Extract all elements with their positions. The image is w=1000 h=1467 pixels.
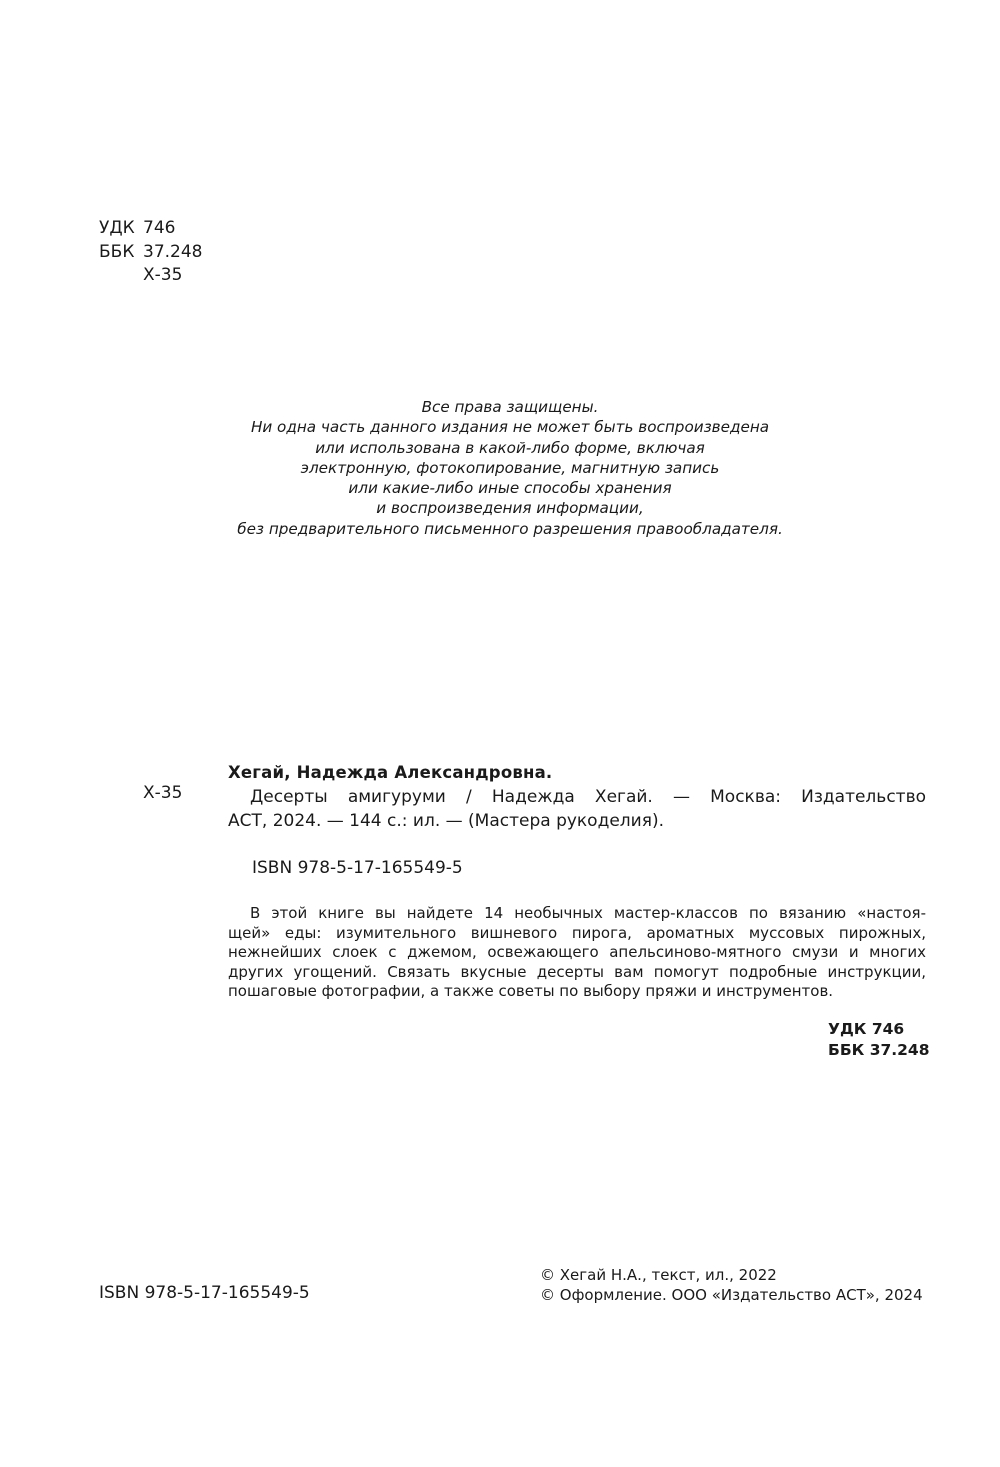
author-mark: Х-35 bbox=[143, 264, 182, 288]
copyright-text: © Хегай Н.А., текст, ил., 2022 bbox=[540, 1266, 923, 1286]
rights-notice: Все права защищены. Ни одна часть данног… bbox=[190, 397, 830, 539]
card-author-mark: Х-35 bbox=[143, 783, 182, 803]
rights-line: электронную, фотокопирование, магнитную … bbox=[190, 458, 830, 478]
annotation-line: щей» еды: изумительного вишневого пирога… bbox=[228, 924, 926, 944]
author-heading: Хегай, Надежда Александровна. bbox=[228, 761, 926, 785]
title-line-1: Десерты амигуруми / Надежда Хегай. — Мос… bbox=[228, 785, 926, 809]
udk-value: 746 bbox=[143, 217, 175, 241]
copyright-block: © Хегай Н.А., текст, ил., 2022 © Оформле… bbox=[540, 1266, 923, 1305]
udk-row: УДК 746 bbox=[99, 217, 202, 241]
classification-codes: УДК 746 ББК 37.248 Х-35 bbox=[99, 217, 202, 288]
bbk-row: ББК 37.248 bbox=[99, 241, 202, 265]
annotation-line: пошаговые фотографии, а также советы по … bbox=[228, 982, 926, 1002]
annotation-line: В этой книге вы найдете 14 необычных мас… bbox=[228, 904, 926, 924]
annotation-line: нежнейших слоек с джемом, освежающего ап… bbox=[228, 943, 926, 963]
copyright-design: © Оформление. ООО «Издательство АСТ», 20… bbox=[540, 1286, 923, 1306]
rights-line: Все права защищены. bbox=[190, 397, 830, 417]
annotation: В этой книге вы найдете 14 необычных мас… bbox=[228, 904, 926, 1002]
catalog-card: Хегай, Надежда Александровна. Десерты ам… bbox=[228, 761, 926, 833]
rights-line: и воспроизведения информации, bbox=[190, 498, 830, 518]
footer-isbn: ISBN 978-5-17-165549-5 bbox=[99, 1283, 310, 1303]
udk-label: УДК bbox=[99, 217, 143, 241]
rights-line: или использована в какой-либо форме, вкл… bbox=[190, 438, 830, 458]
rights-line: или какие-либо иные способы хранения bbox=[190, 478, 830, 498]
rights-line: Ни одна часть данного издания не может б… bbox=[190, 417, 830, 437]
annotation-line: других угощений. Связать вкусные десерты… bbox=[228, 963, 926, 983]
title-line-2: АСТ, 2024. — 144 с.: ил. — (Мастера руко… bbox=[228, 809, 926, 833]
bbk-value: 37.248 bbox=[143, 241, 202, 265]
card-bbk: ББК 37.248 bbox=[828, 1040, 930, 1061]
bbk-label: ББК bbox=[99, 241, 143, 265]
author-mark-row: Х-35 bbox=[99, 264, 202, 288]
rights-line: без предварительного письменного разреше… bbox=[190, 519, 830, 539]
card-udk: УДК 746 bbox=[828, 1019, 930, 1040]
card-isbn: ISBN 978-5-17-165549-5 bbox=[252, 858, 463, 878]
card-codes: УДК 746 ББК 37.248 bbox=[828, 1019, 930, 1061]
